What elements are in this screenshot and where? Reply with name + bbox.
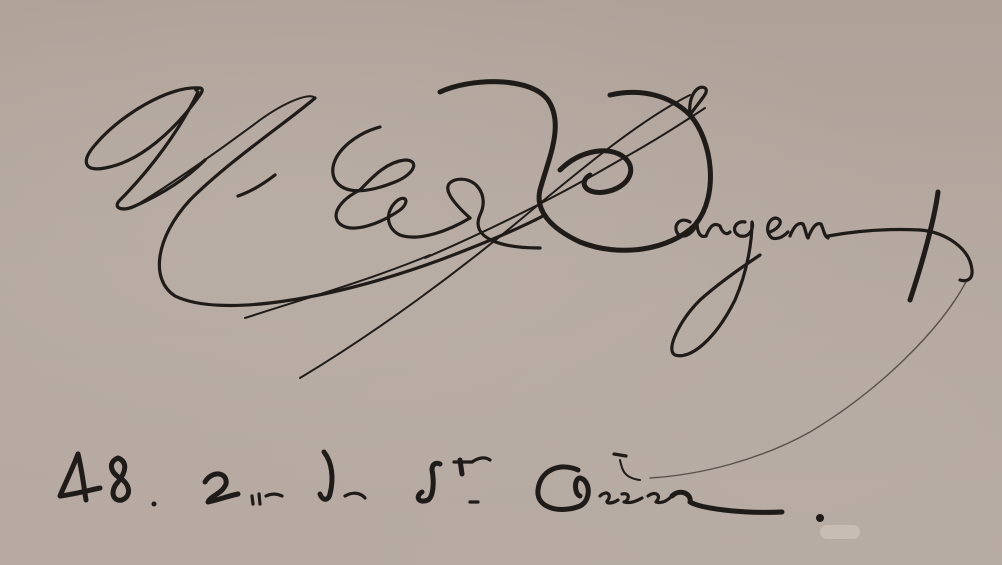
handwriting-ink [0,0,1002,565]
signature-initial-m [86,88,545,306]
address-line [60,452,824,522]
signature-lowercase-argent [650,192,972,478]
paper-smudge [820,525,860,539]
paper-card: M. E. Pargent 48. Rue des Sts Pères. [0,0,1002,565]
